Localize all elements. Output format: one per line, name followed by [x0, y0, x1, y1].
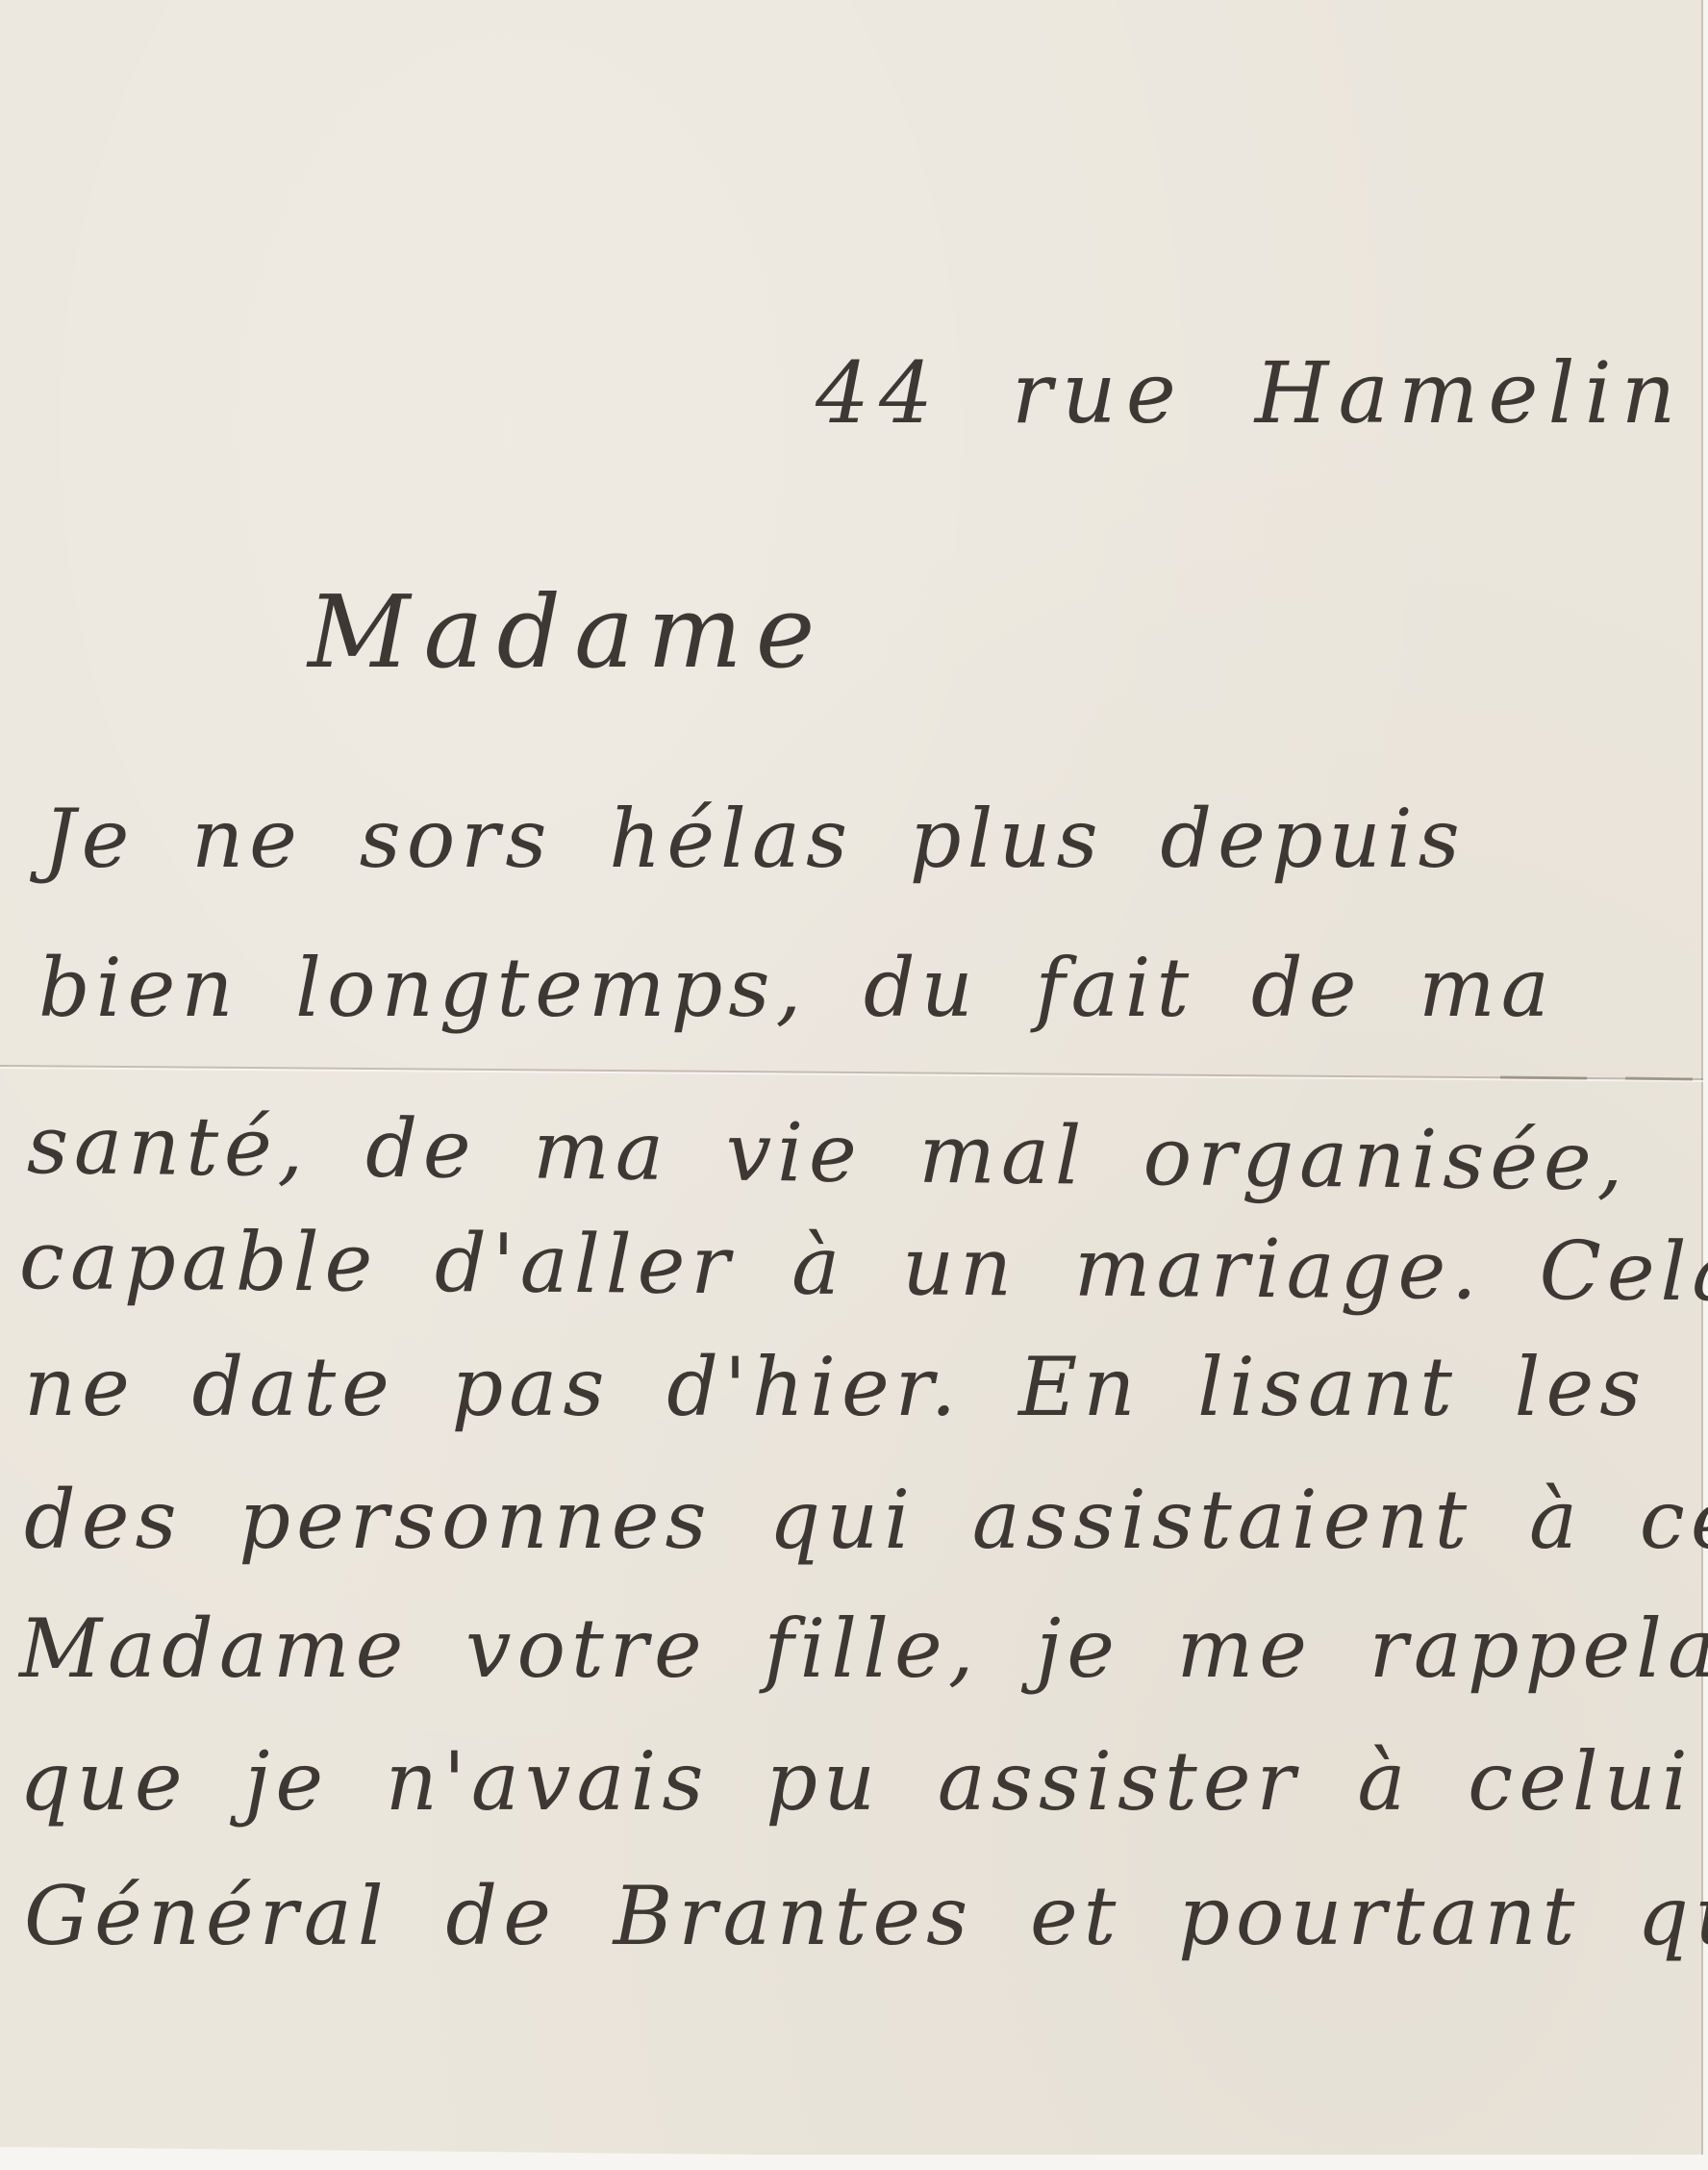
body-line: des personnes qui assistaient à celui de [24, 1479, 1708, 1560]
body-line: Je ne sors hélas plus depuis [43, 798, 1466, 879]
body-line: Madame votre fille, je me rappelais [19, 1608, 1708, 1689]
body-line: que je n'avais pu assister à celui de [19, 1741, 1708, 1822]
scanned-page: 44 rue Hamelin Madame Je ne sors hélas p… [0, 0, 1708, 2170]
letter-content: 44 rue Hamelin Madame Je ne sors hélas p… [0, 0, 1703, 2155]
body-line: capable d'aller à un mariage. Cela [19, 1220, 1708, 1313]
body-line: ne date pas d'hier. En lisant les noms [24, 1347, 1708, 1427]
body-line: bien longtemps, du fait de ma [38, 947, 1555, 1028]
body-line: santé, de ma vie mal organisée, [27, 1104, 1629, 1201]
body-line: Général de Brantes et pourtant quelle [24, 1876, 1708, 1956]
salutation: Madame [308, 582, 828, 682]
sender-address: 44 rue Hamelin [816, 351, 1685, 436]
